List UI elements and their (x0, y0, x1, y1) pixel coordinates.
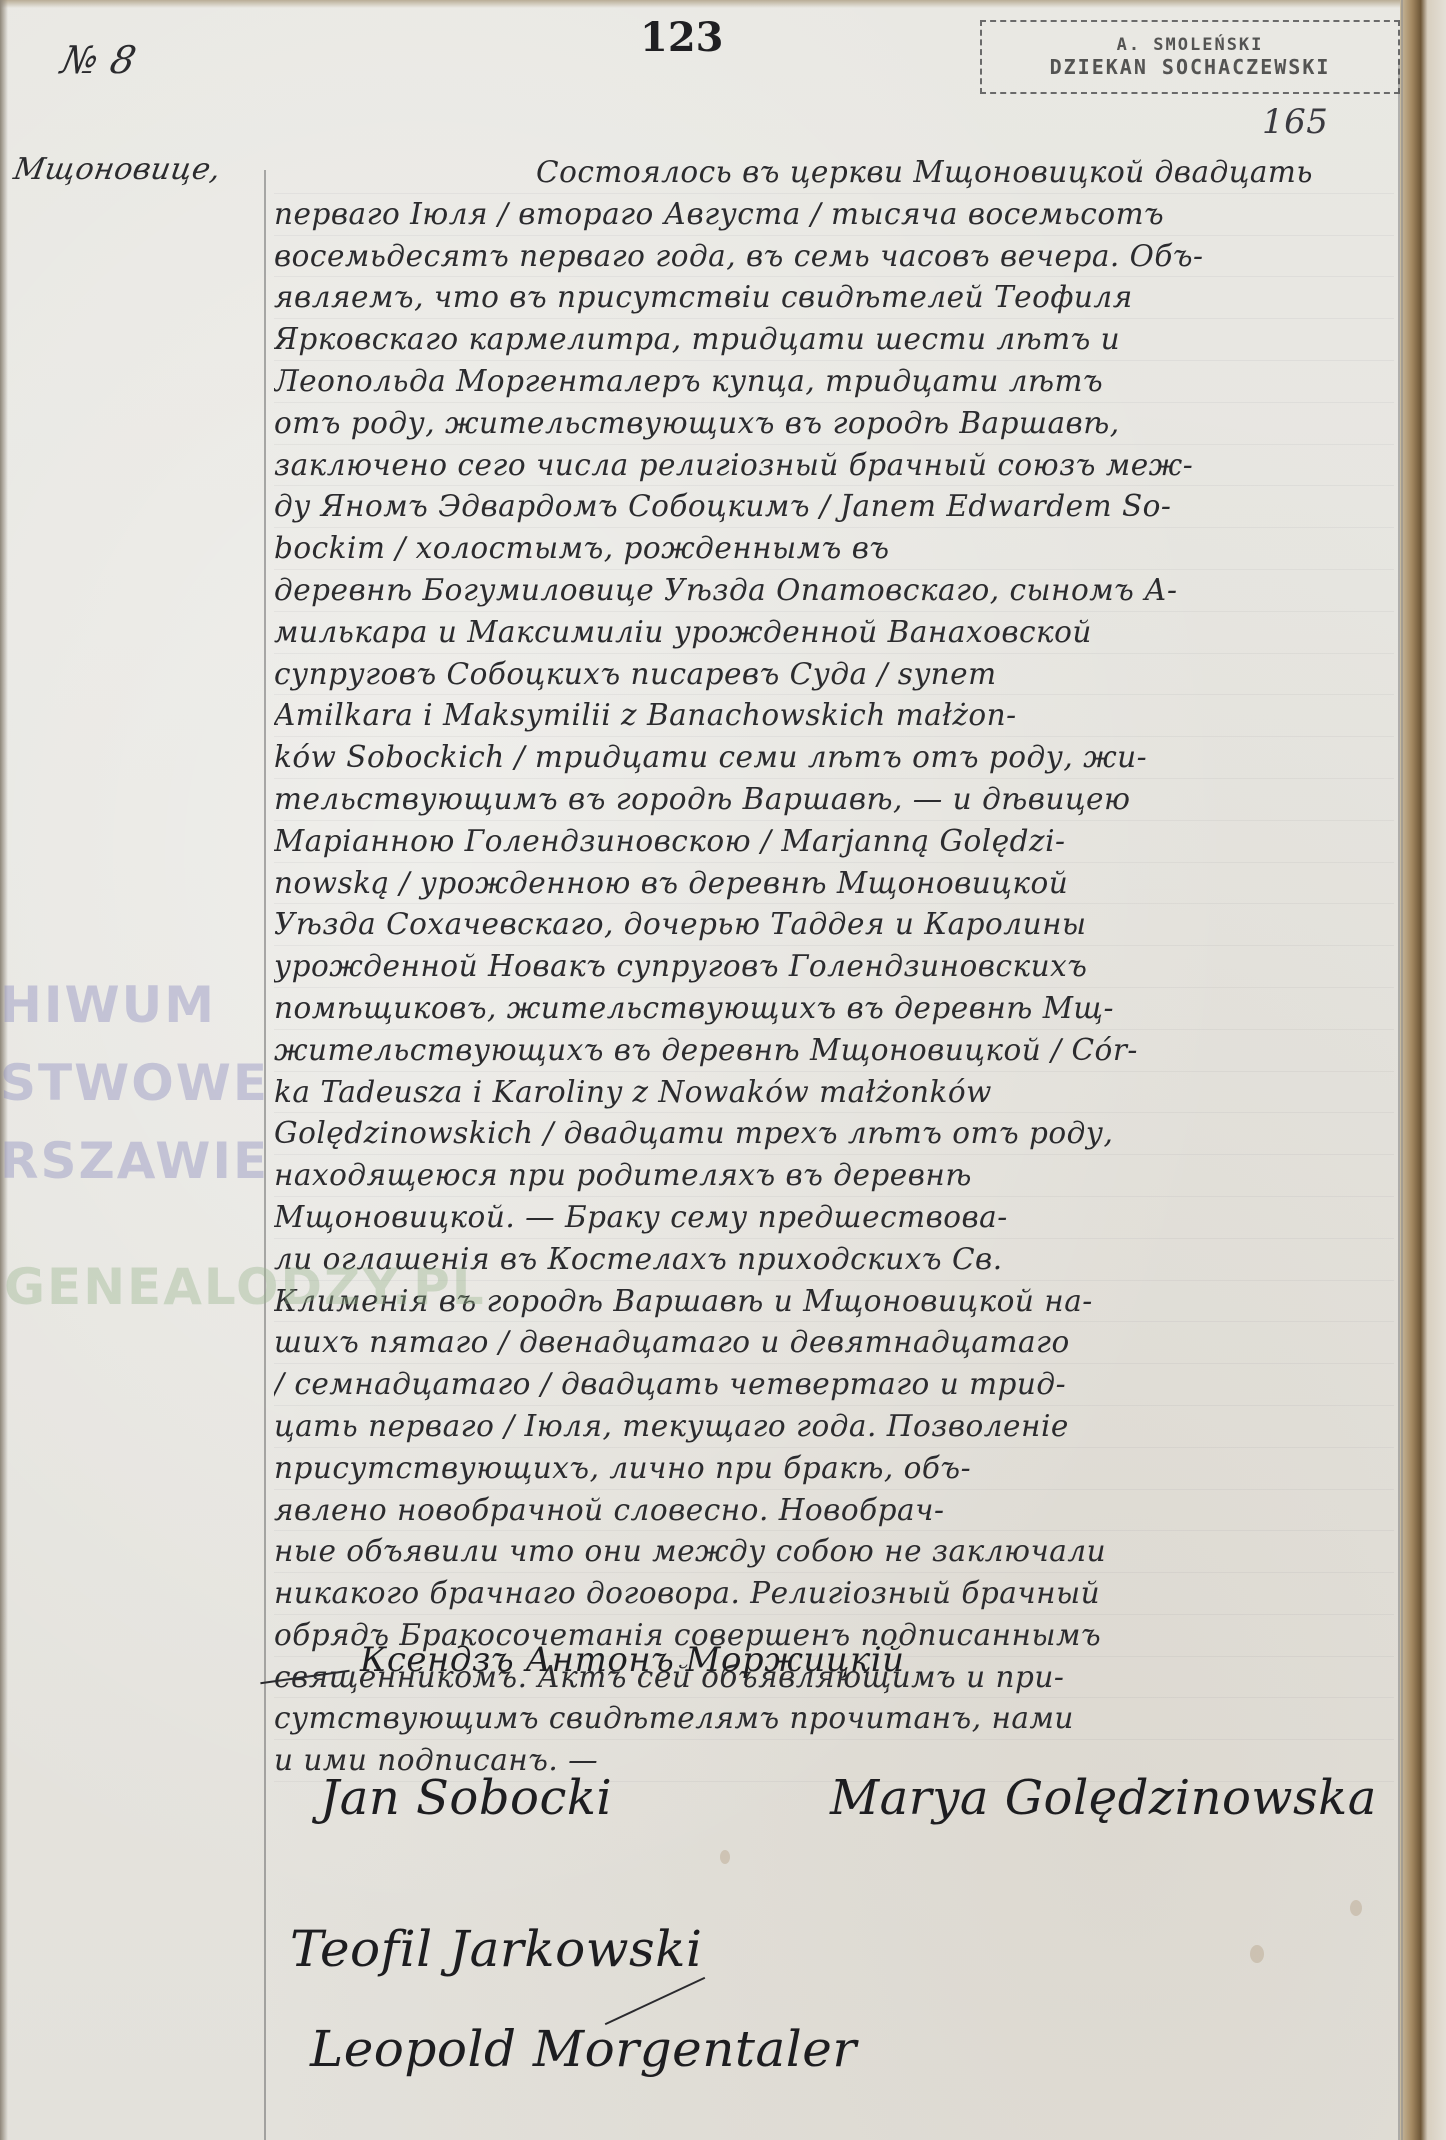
body-line: ду Яномъ Эдвардомъ Собоцкимъ / Janem Edw… (274, 486, 1394, 528)
record-number: № 8 (57, 38, 140, 82)
body-line: ków Sobockich / тридцати семи лѣтъ отъ р… (274, 737, 1394, 779)
body-line: ные объявили что они между собою не закл… (274, 1531, 1394, 1573)
body-line: Клименія въ городѣ Варшавѣ и Мщоновицкой… (274, 1281, 1394, 1323)
watermark-line: RSZAWIE (0, 1122, 269, 1200)
book-binding (1400, 0, 1446, 2140)
body-line: супруговъ Собоцкихъ писаревъ Суда / syne… (274, 654, 1394, 696)
body-line: Golędzinowskich / двадцати трехъ лѣтъ от… (274, 1113, 1394, 1155)
body-line: ли оглашенія въ Костелахъ приходскихъ Св… (274, 1239, 1394, 1281)
body-line: отъ роду, жительствующихъ въ городѣ Варш… (274, 403, 1394, 445)
body-line: Состоялось въ церкви Мщоновицкой двадцат… (274, 152, 1394, 194)
body-line: никакого брачнаго договора. Религіозный … (274, 1573, 1394, 1615)
body-line: заключено сего числа религіозный брачный… (274, 445, 1394, 487)
signature-flourish (605, 1977, 706, 2025)
signature-priest: Ксендзъ Антонъ Моржицкій (360, 1640, 905, 1680)
signature-bride: Marya Golędzinowska (830, 1770, 1377, 1826)
stamp-line-1: A. SMOLEŃSKI (1117, 35, 1264, 55)
signature-groom: Jan Sobocki (320, 1770, 612, 1826)
signature-witness-2: Leopold Morgentaler (310, 2020, 857, 2078)
body-line: bockim / холостымъ, рожденнымъ въ (274, 528, 1394, 570)
body-line: Уѣзда Сохачевскаго, дочерью Таддея и Кар… (274, 904, 1394, 946)
body-line: являемъ, что въ присутствіи свидѣтелей Т… (274, 277, 1394, 319)
margin-rule (264, 170, 266, 2140)
body-line: восемьдесятъ перваго года, въ семь часов… (274, 236, 1394, 278)
stamp-line-2: DZIEKAN SOCHACZEWSKI (1050, 55, 1331, 79)
body-line: Мщоновицкой. — Браку сему предшествова- (274, 1197, 1394, 1239)
signature-flourish (260, 1670, 349, 1685)
body-line: цать перваго / Іюля, текущаго года. Позв… (274, 1406, 1394, 1448)
folio-number-secondary: 165 (1262, 102, 1328, 142)
page-top-edge (0, 0, 1400, 8)
archive-watermark: HIWUM STWOWE RSZAWIE (0, 966, 269, 1200)
body-line: / семнадцатаго / двадцать четвертаго и т… (274, 1364, 1394, 1406)
body-line: перваго Іюля / втораго Августа / тысяча … (274, 194, 1394, 236)
body-line: находящеюся при родителяхъ въ деревнѣ (274, 1155, 1394, 1197)
body-line: помѣщиковъ, жительствующихъ въ деревнѣ М… (274, 988, 1394, 1030)
body-line: Маріанною Голендзиновскою / Marjanną Gol… (274, 821, 1394, 863)
folio-number: 123 (640, 14, 724, 61)
body-line: урожденной Новакъ супруговъ Голендзиновс… (274, 946, 1394, 988)
body-line: ka Tadeusza i Karoliny z Nowaków małżonk… (274, 1072, 1394, 1114)
body-line: жительствующихъ въ деревнѣ Мщоновицкой /… (274, 1030, 1394, 1072)
body-line: милькара и Максимиліи урожденной Ванахов… (274, 612, 1394, 654)
body-line: nowską / урожденною въ деревнѣ Мщоновицк… (274, 863, 1394, 905)
body-line: шихъ пятаго / двенадцатаго и девятнадцат… (274, 1322, 1394, 1364)
body-line: Ярковскаго кармелитра, тридцати шести лѣ… (274, 319, 1394, 361)
signature-witness-1: Teofil Jarkowski (290, 1920, 702, 1978)
body-line: тельствующимъ въ городѣ Варшавѣ, — и дѣв… (274, 779, 1394, 821)
signature-block: Ксендзъ Антонъ Моржицкій Jan Sobocki Mar… (270, 1620, 1390, 2120)
body-line: Леопольда Моргенталеръ купца, тридцати л… (274, 361, 1394, 403)
margin-parish-name: Мщоновице, (11, 152, 224, 187)
page-edge-line (1401, 0, 1403, 2140)
watermark-line: STWOWE (0, 1044, 269, 1122)
record-body: Состоялось въ церкви Мщоновицкой двадцат… (274, 152, 1394, 1782)
dean-stamp: A. SMOLEŃSKI DZIEKAN SOCHACZEWSKI (980, 20, 1400, 94)
body-line: присутствующихъ, лично при бракѣ, объ- (274, 1448, 1394, 1490)
document-page: № 8 123 165 A. SMOLEŃSKI DZIEKAN SOCHACZ… (0, 0, 1400, 2140)
body-line: явлено новобрачной словесно. Новобрач- (274, 1490, 1394, 1532)
body-line: Amilkara i Maksymilii z Banachowskich ma… (274, 695, 1394, 737)
page-left-edge (0, 0, 8, 2140)
watermark-line: HIWUM (0, 966, 269, 1044)
body-line: деревнѣ Богумиловице Уѣзда Опатовскаго, … (274, 570, 1394, 612)
